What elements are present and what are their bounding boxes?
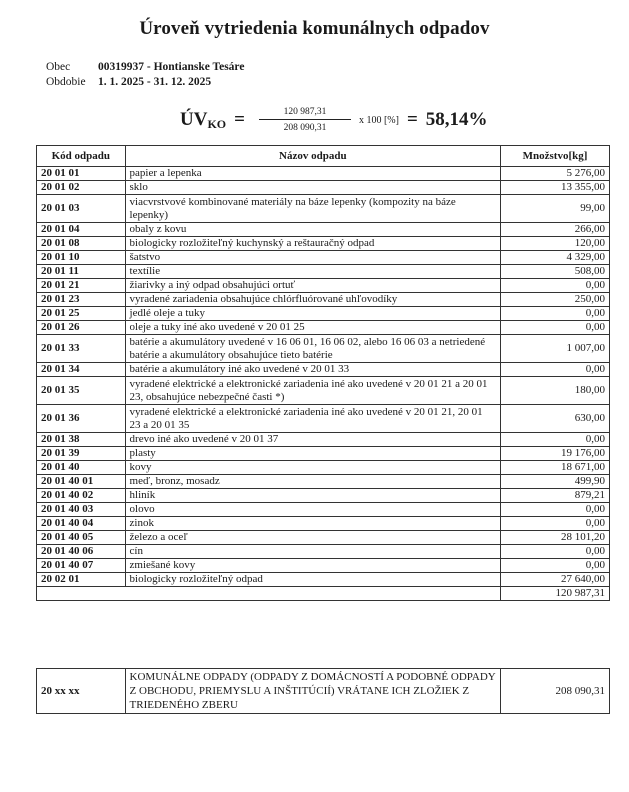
cell-name: cín (125, 545, 501, 559)
table-row: 20 01 23vyradené zariadenia obsahujúce c… (37, 293, 610, 307)
obec-label: Obec (46, 60, 98, 75)
meta-obdobie: Obdobie 1. 1. 2025 - 31. 12. 2025 (46, 75, 244, 90)
table-row: 20 02 01biologicky rozložiteľný odpad27 … (37, 573, 610, 587)
formula-numerator: 120 987,31 (259, 107, 351, 120)
formula-result: 58,14% (426, 109, 488, 131)
cell-code: 20 01 21 (37, 279, 126, 293)
table-row: 20 01 01papier a lepenka5 276,00 (37, 167, 610, 181)
table-row: 20 01 40 01meď, bronz, mosadz499,90 (37, 475, 610, 489)
table-row: 20 01 40 07zmiešané kovy0,00 (37, 559, 610, 573)
cell-code: 20 01 38 (37, 433, 126, 447)
cell-code: 20 01 10 (37, 251, 126, 265)
table-row: 20 01 11textílie508,00 (37, 265, 610, 279)
cell-qty: 0,00 (501, 433, 610, 447)
meta-obec: Obec 00319937 - Hontianske Tesáre (46, 60, 244, 75)
cell-code: 20 01 36 (37, 405, 126, 433)
table-row: 20 01 40 05železo a oceľ28 101,20 (37, 531, 610, 545)
cell-code: 20 01 40 (37, 461, 126, 475)
formula: ÚVKO = 120 987,31 208 090,31 x 100 [%] =… (180, 100, 488, 140)
cell-code: 20 01 39 (37, 447, 126, 461)
cell-qty: 630,00 (501, 405, 610, 433)
summary-qty: 208 090,31 (501, 669, 610, 714)
formula-lhs-sub: KO (207, 117, 226, 131)
table-row: 20 01 40 03olovo0,00 (37, 503, 610, 517)
cell-code: 20 02 01 (37, 573, 126, 587)
cell-qty: 18 671,00 (501, 461, 610, 475)
table-row: 20 01 26oleje a tuky iné ako uvedené v 2… (37, 321, 610, 335)
cell-qty: 0,00 (501, 545, 610, 559)
cell-qty: 0,00 (501, 363, 610, 377)
cell-qty: 13 355,00 (501, 181, 610, 195)
cell-qty: 0,00 (501, 279, 610, 293)
cell-name: papier a lepenka (125, 167, 501, 181)
cell-code: 20 01 02 (37, 181, 126, 195)
cell-name: hliník (125, 489, 501, 503)
cell-code: 20 01 35 (37, 377, 126, 405)
cell-name: kovy (125, 461, 501, 475)
table-row: 20 01 08biologicky rozložiteľný kuchynsk… (37, 237, 610, 251)
cell-name: zinok (125, 517, 501, 531)
cell-name: drevo iné ako uvedené v 20 01 37 (125, 433, 501, 447)
cell-code: 20 01 25 (37, 307, 126, 321)
cell-name: jedlé oleje a tuky (125, 307, 501, 321)
table-row: 20 01 04obaly z kovu266,00 (37, 223, 610, 237)
cell-code: 20 01 40 01 (37, 475, 126, 489)
cell-code: 20 01 26 (37, 321, 126, 335)
table-row: 20 01 33batérie a akumulátory uvedené v … (37, 335, 610, 363)
cell-name: batérie a akumulátory uvedené v 16 06 01… (125, 335, 501, 363)
table-row: 20 01 02sklo13 355,00 (37, 181, 610, 195)
cell-name: vyradené elektrické a elektronické zaria… (125, 377, 501, 405)
cell-qty: 0,00 (501, 517, 610, 531)
cell-code: 20 01 40 06 (37, 545, 126, 559)
formula-equals: = (234, 109, 245, 131)
document-title: Úroveň vytriedenia komunálnych odpadov (0, 18, 629, 40)
total-label-empty (37, 587, 501, 601)
table-header-row: Kód odpadu Názov odpadu Množstvo[kg] (37, 146, 610, 167)
cell-qty: 508,00 (501, 265, 610, 279)
summary-code: 20 xx xx (37, 669, 126, 714)
obdobie-value: 1. 1. 2025 - 31. 12. 2025 (98, 75, 211, 90)
cell-code: 20 01 33 (37, 335, 126, 363)
cell-qty: 0,00 (501, 503, 610, 517)
cell-code: 20 01 01 (37, 167, 126, 181)
table-row: 20 01 10šatstvo4 329,00 (37, 251, 610, 265)
cell-code: 20 01 03 (37, 195, 126, 223)
cell-name: viacvrstvové kombinované materiály na bá… (125, 195, 501, 223)
cell-name: sklo (125, 181, 501, 195)
cell-qty: 99,00 (501, 195, 610, 223)
table-body: 20 01 01papier a lepenka5 276,0020 01 02… (37, 167, 610, 601)
cell-name: obaly z kovu (125, 223, 501, 237)
cell-code: 20 01 23 (37, 293, 126, 307)
cell-name: biologicky rozložiteľný kuchynský a rešt… (125, 237, 501, 251)
table-row: 20 01 38drevo iné ako uvedené v 20 01 37… (37, 433, 610, 447)
cell-qty: 250,00 (501, 293, 610, 307)
table-row: 20 01 39plasty19 176,00 (37, 447, 610, 461)
cell-name: šatstvo (125, 251, 501, 265)
cell-name: oleje a tuky iné ako uvedené v 20 01 25 (125, 321, 501, 335)
cell-name: železo a oceľ (125, 531, 501, 545)
waste-table: Kód odpadu Názov odpadu Množstvo[kg] 20 … (36, 145, 610, 601)
cell-name: vyradené elektrické a elektronické zaria… (125, 405, 501, 433)
cell-code: 20 01 04 (37, 223, 126, 237)
obdobie-label: Obdobie (46, 75, 98, 90)
total-row: 120 987,31 (37, 587, 610, 601)
cell-qty: 266,00 (501, 223, 610, 237)
cell-qty: 27 640,00 (501, 573, 610, 587)
cell-code: 20 01 40 05 (37, 531, 126, 545)
cell-name: biologicky rozložiteľný odpad (125, 573, 501, 587)
cell-code: 20 01 40 03 (37, 503, 126, 517)
cell-qty: 28 101,20 (501, 531, 610, 545)
table-row: 20 01 34batérie a akumulátory iné ako uv… (37, 363, 610, 377)
table-row: 20 01 03viacvrstvové kombinované materiá… (37, 195, 610, 223)
cell-code: 20 01 40 07 (37, 559, 126, 573)
cell-qty: 180,00 (501, 377, 610, 405)
table-row: 20 01 36vyradené elektrické a elektronic… (37, 405, 610, 433)
cell-name: textílie (125, 265, 501, 279)
cell-name: batérie a akumulátory iné ako uvedené v … (125, 363, 501, 377)
table-row: 20 01 25jedlé oleje a tuky0,00 (37, 307, 610, 321)
cell-qty: 0,00 (501, 307, 610, 321)
formula-multiplier: x 100 [%] (359, 115, 399, 126)
cell-name: meď, bronz, mosadz (125, 475, 501, 489)
formula-denominator: 208 090,31 (284, 120, 327, 133)
cell-qty: 0,00 (501, 321, 610, 335)
cell-code: 20 01 11 (37, 265, 126, 279)
obec-value: 00319937 - Hontianske Tesáre (98, 60, 244, 75)
formula-fraction: 120 987,31 208 090,31 (259, 107, 351, 133)
cell-qty: 1 007,00 (501, 335, 610, 363)
cell-name: vyradené zariadenia obsahujúce chlórfluó… (125, 293, 501, 307)
summary-row: 20 xx xx KOMUNÁLNE ODPADY (ODPADY Z DOMÁ… (37, 669, 610, 714)
table-row: 20 01 40 06cín0,00 (37, 545, 610, 559)
cell-qty: 19 176,00 (501, 447, 610, 461)
cell-code: 20 01 08 (37, 237, 126, 251)
summary-table: 20 xx xx KOMUNÁLNE ODPADY (ODPADY Z DOMÁ… (36, 668, 610, 714)
header-name: Názov odpadu (125, 146, 501, 167)
meta-block: Obec 00319937 - Hontianske Tesáre Obdobi… (46, 60, 244, 90)
cell-qty: 499,90 (501, 475, 610, 489)
table-row: 20 01 21žiarivky a iný odpad obsahujúci … (37, 279, 610, 293)
total-qty: 120 987,31 (501, 587, 610, 601)
cell-qty: 120,00 (501, 237, 610, 251)
header-qty: Množstvo[kg] (501, 146, 610, 167)
cell-qty: 5 276,00 (501, 167, 610, 181)
formula-lhs-main: ÚV (180, 109, 207, 130)
cell-code: 20 01 34 (37, 363, 126, 377)
cell-qty: 4 329,00 (501, 251, 610, 265)
table-row: 20 01 40 02hliník879,21 (37, 489, 610, 503)
summary-name: KOMUNÁLNE ODPADY (ODPADY Z DOMÁCNOSTÍ A … (125, 669, 501, 714)
formula-lhs: ÚVKO (180, 109, 226, 132)
cell-name: plasty (125, 447, 501, 461)
cell-qty: 879,21 (501, 489, 610, 503)
table-row: 20 01 40kovy18 671,00 (37, 461, 610, 475)
cell-qty: 0,00 (501, 559, 610, 573)
table-row: 20 01 35vyradené elektrické a elektronic… (37, 377, 610, 405)
table-row: 20 01 40 04zinok0,00 (37, 517, 610, 531)
cell-code: 20 01 40 04 (37, 517, 126, 531)
cell-name: žiarivky a iný odpad obsahujúci ortuť (125, 279, 501, 293)
cell-name: olovo (125, 503, 501, 517)
cell-name: zmiešané kovy (125, 559, 501, 573)
formula-equals-result: = (407, 109, 418, 131)
header-code: Kód odpadu (37, 146, 126, 167)
cell-code: 20 01 40 02 (37, 489, 126, 503)
